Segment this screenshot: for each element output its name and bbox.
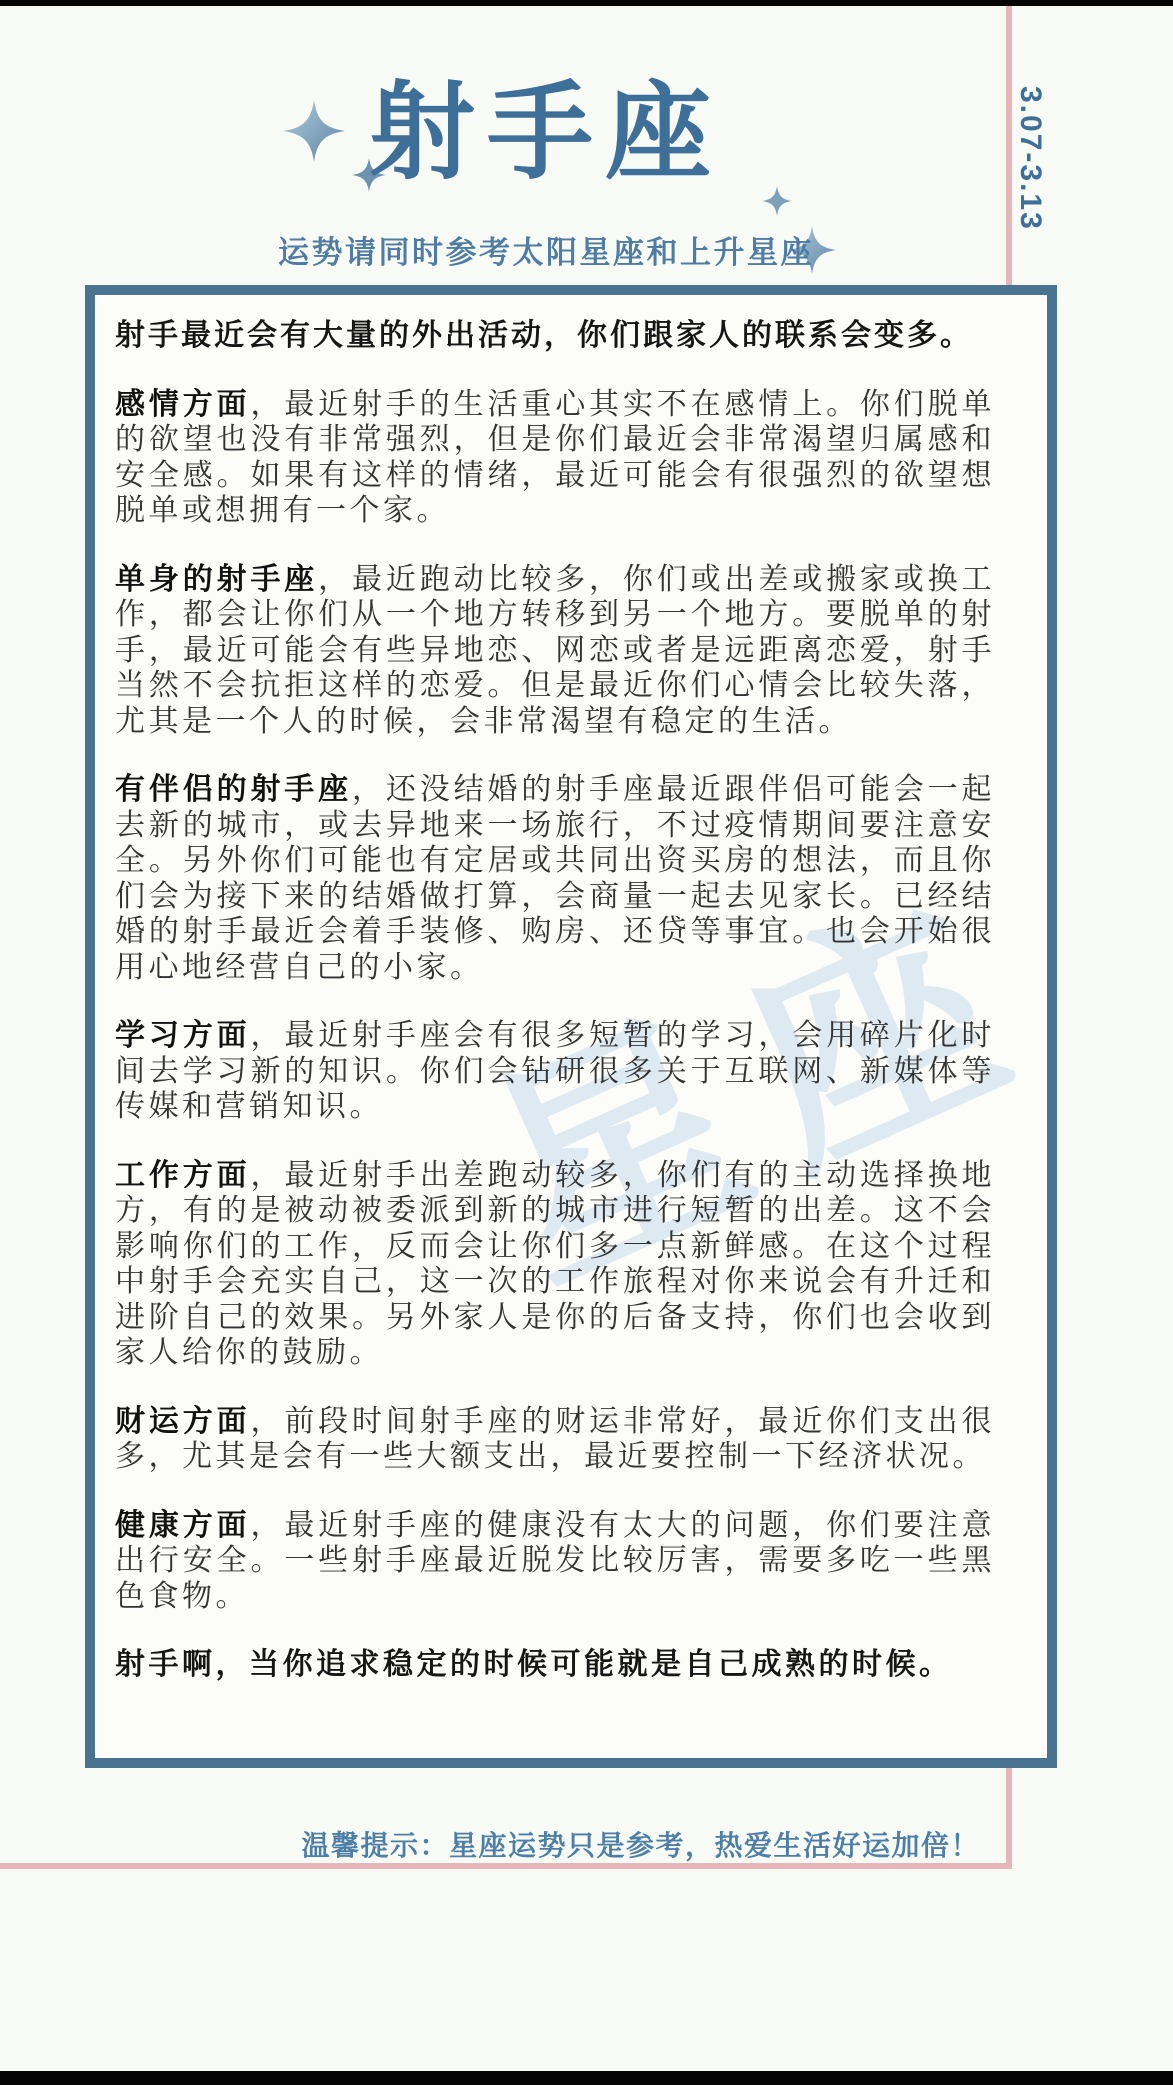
paragraph-study: 学习方面，最近射手座会有很多短暂的学习，会用碎片化时间去学习新的知识。你们会钻研…: [115, 1018, 995, 1125]
page-subtitle: 运势请同时参考太阳星座和上升星座: [85, 227, 1007, 272]
paragraph-wealth: 财运方面，前段时间射手座的财运非常好，最近你们支出很多，尤其是会有一些大额支出，…: [115, 1404, 995, 1475]
paragraph-closing: 射手啊，当你追求稳定的时候可能就是自己成熟的时候。: [115, 1647, 995, 1683]
paragraph-single: 单身的射手座，最近跑动比较多，你们或出差或搬家或换工作，都会让你们从一个地方转移…: [115, 562, 995, 740]
paragraph-lead: 射手最近会有大量的外出活动，你们跟家人的联系会变多。: [115, 319, 973, 352]
date-range-label: 3.07-3.13: [1013, 86, 1047, 231]
paragraph-love: 感情方面，最近射手的生活重心其实不在感情上。你们脱单的欲望也没有非常强烈，但是你…: [115, 387, 995, 529]
paragraph-lead: 有伴侣的射手座: [115, 773, 352, 806]
paragraph-lead: 感情方面: [115, 388, 250, 421]
horoscope-content-box: 星座 射手最近会有大量的外出活动，你们跟家人的联系会变多。 感情方面，最近射手的…: [85, 285, 1057, 1768]
horoscope-text: 射手最近会有大量的外出活动，你们跟家人的联系会变多。 感情方面，最近射手的生活重…: [115, 318, 995, 1683]
paragraph-lead: 射手啊，当你追求稳定的时候可能就是自己成熟的时候。: [115, 1648, 953, 1681]
horoscope-poster: { "page": { "title": "射手座", "subtitle": …: [0, 0, 1173, 2085]
paragraph-partnered: 有伴侣的射手座，还没结婚的射手座最近跟伴侣可能会一起去新的城市，或去异地来一场旅…: [115, 772, 995, 985]
paragraph-lead: 单身的射手座: [115, 563, 318, 596]
paragraph-lead: 健康方面: [115, 1509, 250, 1542]
page-title: 射手座: [85, 78, 1007, 189]
paragraph-health: 健康方面，最近射手座的健康没有太大的问题，你们要注意出行安全。一些射手座最近脱发…: [115, 1508, 995, 1615]
header: 射手座 运势请同时参考太阳星座和上升星座: [85, 78, 1007, 272]
paragraph-lead: 工作方面: [115, 1159, 250, 1192]
paragraph-overview: 射手最近会有大量的外出活动，你们跟家人的联系会变多。: [115, 318, 995, 354]
bottom-letterbox-bar: [0, 2071, 1173, 2085]
paragraph-lead: 财运方面: [115, 1405, 250, 1438]
top-letterbox-bar: [0, 0, 1173, 6]
footer-tip: 温馨提示：星座运势只是参考，热爱生活好运加倍！: [0, 1824, 1006, 1864]
paragraph-lead: 学习方面: [115, 1019, 250, 1052]
paragraph-work: 工作方面，最近射手出差跑动较多，你们有的主动选择换地方，有的是被动被委派到新的城…: [115, 1158, 995, 1371]
